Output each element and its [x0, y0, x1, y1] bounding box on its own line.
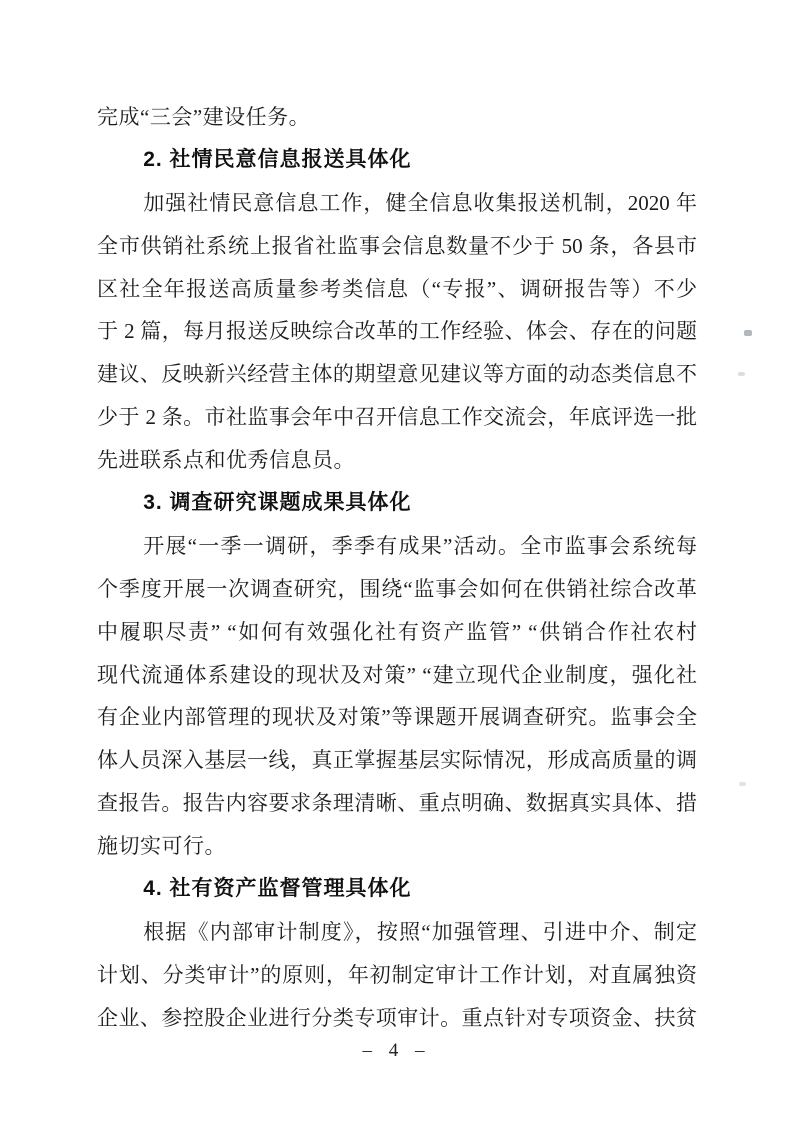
text-line: 先进联系点和优秀信息员。 [97, 439, 697, 482]
text-line: 根据《内部审计制度》，按照“加强管理、引进中介、制定 [97, 911, 697, 954]
text-line: 现代流通体系建设的现状及对策” “建立现代企业制度，强化社 [97, 654, 697, 697]
text-line: 体人员深入基层一线，真正掌握基层实际情况，形成高质量的调 [97, 739, 697, 782]
text-line: 有企业内部管理的现状及对策”等课题开展调查研究。监事会全 [97, 696, 697, 739]
text-line: 于 2 篇，每月报送反映综合改革的工作经验、体会、存在的问题 [97, 310, 697, 353]
text-line: 完成“三会”建设任务。 [97, 96, 697, 139]
text-line: 建议、反映新兴经营主体的期望意见建议等方面的动态类信息不 [97, 353, 697, 396]
scan-artifact [738, 372, 745, 376]
text-line: 区社全年报送高质量参考类信息（“专报”、调研报告等）不少 [97, 268, 697, 311]
text-line: 个季度开展一次调查研究，围绕“监事会如何在供销社综合改革 [97, 568, 697, 611]
text-line: 全市供销社系统上报省社监事会信息数量不少于 50 条，各县市 [97, 225, 697, 268]
page-number: – 4 – [0, 1040, 793, 1062]
text-line: 计划、分类审计”的原则，年初制定审计工作计划，对直属独资 [97, 954, 697, 997]
document-body: 完成“三会”建设任务。 2. 社情民意信息报送具体化 加强社情民意信息工作，健全… [97, 96, 697, 1040]
section-heading-3: 3. 调查研究课题成果具体化 [97, 482, 697, 525]
section-heading-2: 2. 社情民意信息报送具体化 [97, 139, 697, 182]
section-heading-4: 4. 社有资产监督管理具体化 [97, 868, 697, 911]
text-line: 中履职尽责” “如何有效强化社有资产监管” “供销合作社农村 [97, 611, 697, 654]
scan-artifact [744, 330, 752, 336]
text-line: 查报告。报告内容要求条理清晰、重点明确、数据真实具体、措 [97, 782, 697, 825]
text-line: 施切实可行。 [97, 825, 697, 868]
scan-artifact [739, 782, 746, 786]
document-page: 完成“三会”建设任务。 2. 社情民意信息报送具体化 加强社情民意信息工作，健全… [0, 0, 793, 1122]
text-line: 加强社情民意信息工作，健全信息收集报送机制，2020 年 [97, 182, 697, 225]
text-line: 开展“一季一调研，季季有成果”活动。全市监事会系统每 [97, 525, 697, 568]
text-line: 少于 2 条。市社监事会年中召开信息工作交流会，年底评选一批 [97, 396, 697, 439]
text-line: 企业、参控股企业进行分类专项审计。重点针对专项资金、扶贫 [97, 997, 697, 1040]
